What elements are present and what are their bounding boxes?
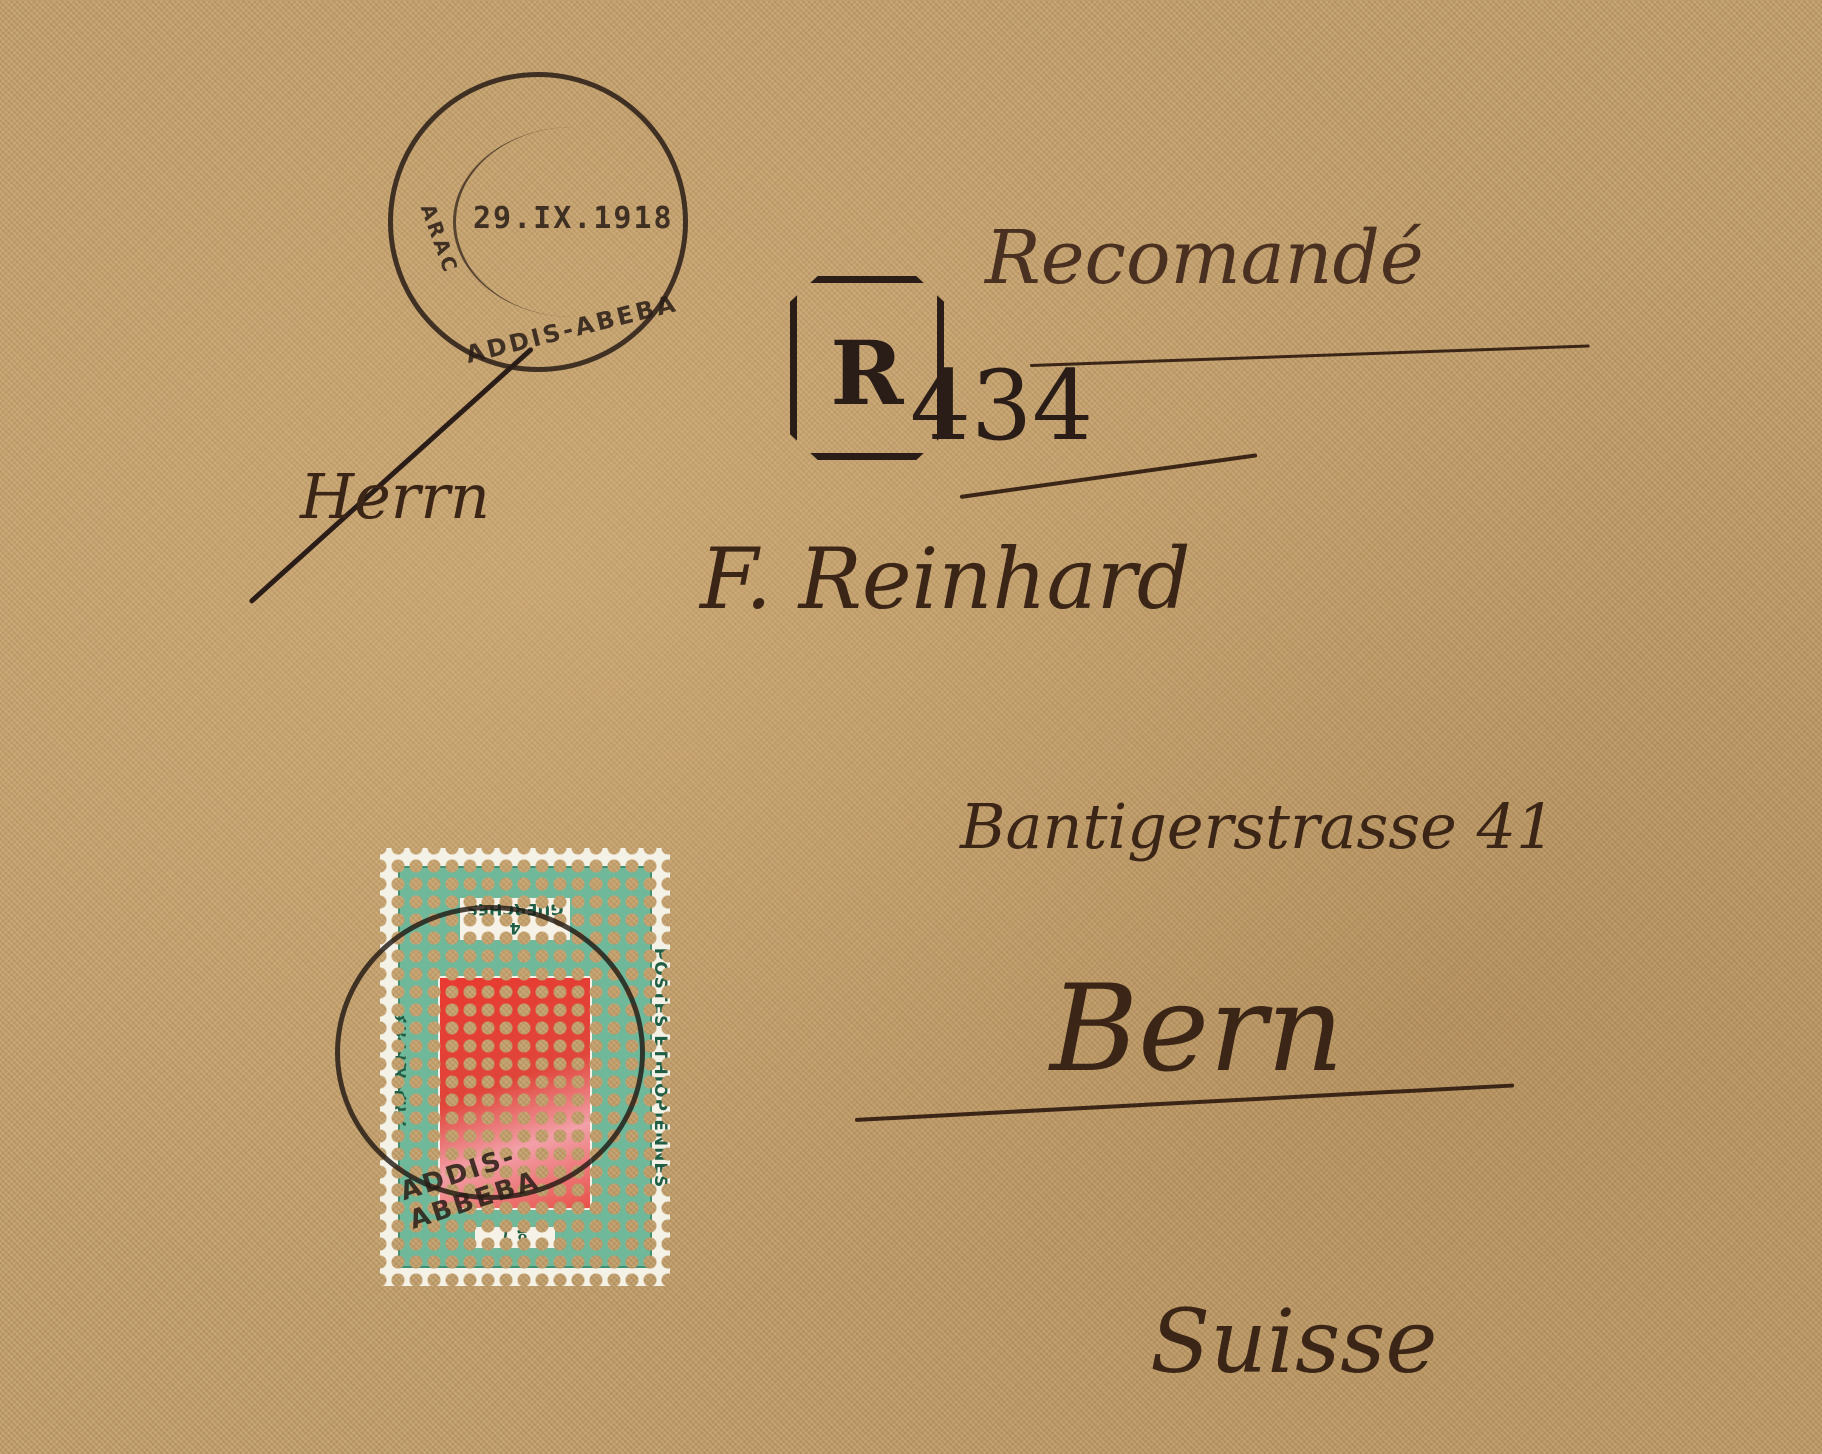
recipient-name: F. Reinhard <box>700 530 1191 628</box>
stamp-country-text: POSTES ETHIOPIENNES <box>650 918 670 1218</box>
postmark-date: 29.IX.1918 <box>473 201 674 236</box>
registration-number: 434 <box>910 350 1093 462</box>
underline-recommande <box>1030 344 1590 367</box>
registration-label: Recomandé <box>985 215 1424 301</box>
postmark-top: ARAC 29.IX.1918 ADDIS-ABEBA <box>388 72 688 372</box>
salutation: Herrn <box>300 460 490 533</box>
postmark-stamp: ADDIS-ABBEBA <box>335 905 645 1200</box>
city: Bern <box>1050 960 1344 1099</box>
stamp-bottom-text: ፬ ገ <box>475 1227 555 1248</box>
country: Suisse <box>1150 1290 1438 1393</box>
street-address: Bantigerstrasse 41 <box>960 790 1555 863</box>
envelope: ARAC 29.IX.1918 ADDIS-ABEBA R Recomandé … <box>0 0 1822 1454</box>
